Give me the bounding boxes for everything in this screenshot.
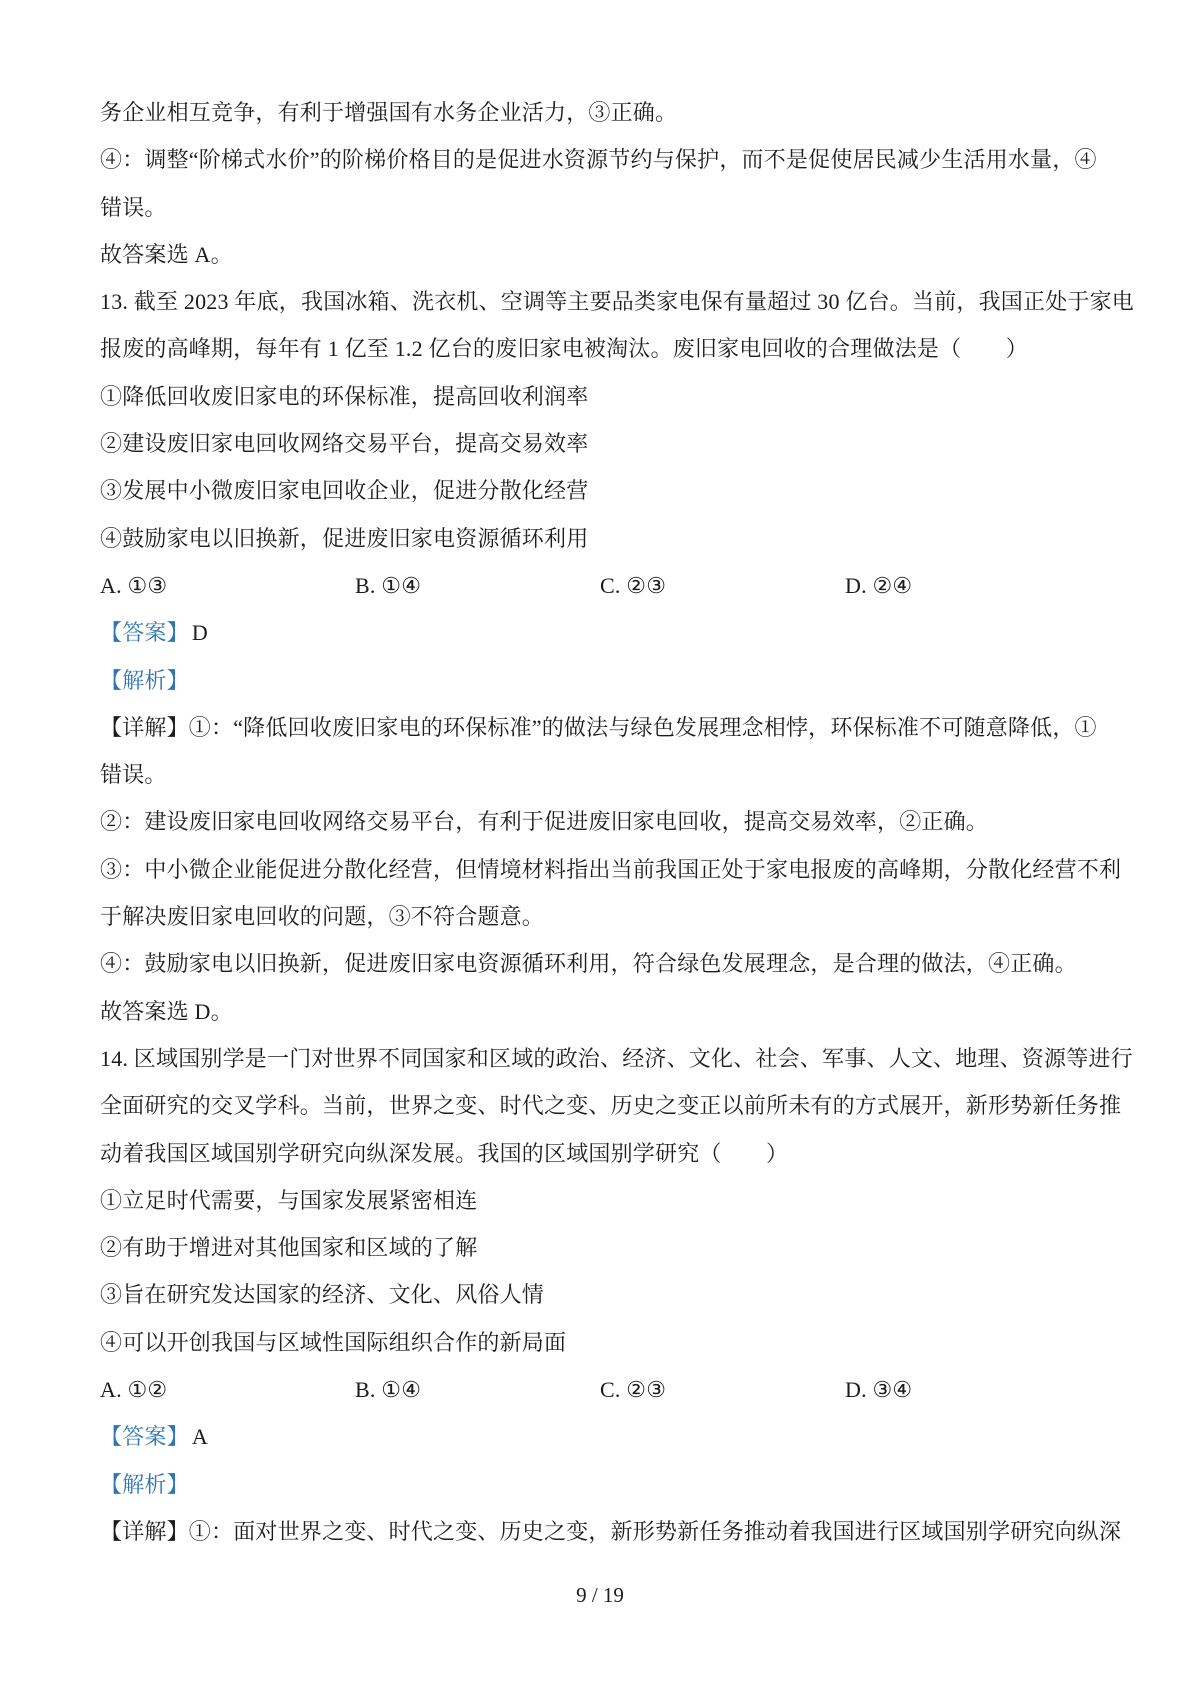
question13-item-4: ④鼓励家电以旧换新，促进废旧家电资源循环利用: [100, 515, 1104, 562]
question13-detail-2: ②：建设废旧家电回收网络交易平台，有利于促进废旧家电回收，提高交易效率，②正确。: [100, 798, 1104, 845]
question14-item-1: ①立足时代需要，与国家发展紧密相连: [100, 1177, 1104, 1224]
explanation-tail-text: 务企业相互竞争，有利于增强国有水务企业活力，③正确。: [100, 89, 1104, 136]
analysis-label: 【解析】: [100, 1472, 189, 1497]
question14-detail-1: 【详解】①：面对世界之变、时代之变、历史之变，新形势新任务推动着我国进行区域国别…: [100, 1508, 1104, 1555]
question13-detail-1-wrap: 错误。: [100, 751, 1104, 798]
question14-item-3: ③旨在研究发达国家的经济、文化、风俗人情: [100, 1271, 1104, 1318]
question13-detail-4: ④：鼓励家电以旧换新，促进废旧家电资源循环利用，符合绿色发展理念，是合理的做法，…: [100, 940, 1104, 987]
question13-detail-3-wrap: 于解决废旧家电回收的问题，③不符合题意。: [100, 893, 1104, 940]
exam-document-page: 务企业相互竞争，有利于增强国有水务企业活力，③正确。 ④：调整“阶梯式水价”的阶…: [0, 0, 1200, 1697]
question13-option-c: C. ②③: [600, 562, 845, 609]
question14-stem-wrap2: 动着我国区域国别学研究向纵深发展。我国的区域国别学研究（ ）: [100, 1130, 1104, 1177]
question14-option-b: B. ①④: [355, 1366, 600, 1413]
question13-option-b: B. ①④: [355, 562, 600, 609]
analysis-label: 【解析】: [100, 668, 189, 693]
answer-label: 【答案】: [100, 1424, 189, 1449]
question13-item-2: ②建设废旧家电回收网络交易平台，提高交易效率: [100, 420, 1104, 467]
question14-stem: 14. 区域国别学是一门对世界不同国家和区域的政治、经济、文化、社会、军事、人文…: [100, 1035, 1104, 1082]
question13-item-1: ①降低回收废旧家电的环保标准，提高回收利润率: [100, 373, 1104, 420]
question13-stem-wrap: 报废的高峰期，每年有 1 亿至 1.2 亿台的废旧家电被淘汰。废旧家电回收的合理…: [100, 325, 1104, 372]
question14-item-4: ④可以开创我国与区域性国际组织合作的新局面: [100, 1319, 1104, 1366]
question14-option-d: D. ③④: [845, 1366, 1104, 1413]
question14-item-2: ②有助于增进对其他国家和区域的了解: [100, 1224, 1104, 1271]
question13-stem: 13. 截至 2023 年底，我国冰箱、洗衣机、空调等主要品类家电保有量超过 3…: [100, 278, 1104, 325]
question14-options-row: A. ①② B. ①④ C. ②③ D. ③④: [100, 1366, 1104, 1413]
question13-conclusion: 故答案选 D。: [100, 988, 1104, 1035]
question13-item-3: ③发展中小微废旧家电回收企业，促进分散化经营: [100, 467, 1104, 514]
explanation-point4-text-wrap: 错误。: [100, 184, 1104, 231]
question14-analysis-line: 【解析】: [100, 1461, 1104, 1508]
question14-option-c: C. ②③: [600, 1366, 845, 1413]
explanation-point4-text: ④：调整“阶梯式水价”的阶梯价格目的是促进水资源节约与保护，而不是促使居民减少生…: [100, 136, 1104, 183]
question13-detail-3: ③：中小微企业能促进分散化经营，但情境材料指出当前我国正处于家电报废的高峰期，分…: [100, 846, 1104, 893]
question14-option-a: A. ①②: [100, 1366, 355, 1413]
question13-option-d: D. ②④: [845, 562, 1104, 609]
explanation-conclusion: 故答案选 A。: [100, 231, 1104, 278]
answer-value: D: [192, 620, 208, 645]
question13-options-row: A. ①③ B. ①④ C. ②③ D. ②④: [100, 562, 1104, 609]
question13-analysis-line: 【解析】: [100, 657, 1104, 704]
page-number: 9 / 19: [576, 1583, 624, 1607]
question13-answer-line: 【答案】D: [100, 609, 1104, 656]
question14-stem-wrap1: 全面研究的交叉学科。当前，世界之变、时代之变、历史之变正以前所未有的方式展开，新…: [100, 1082, 1104, 1129]
answer-label: 【答案】: [100, 620, 189, 645]
question13-option-a: A. ①③: [100, 562, 355, 609]
content-area: 务企业相互竞争，有利于增强国有水务企业活力，③正确。 ④：调整“阶梯式水价”的阶…: [100, 89, 1104, 1555]
question13-detail-1: 【详解】①：“降低回收废旧家电的环保标准”的做法与绿色发展理念相悖，环保标准不可…: [100, 704, 1104, 751]
page-footer: 9 / 19: [0, 1578, 1200, 1612]
question14-answer-line: 【答案】A: [100, 1413, 1104, 1460]
answer-value: A: [192, 1424, 208, 1449]
